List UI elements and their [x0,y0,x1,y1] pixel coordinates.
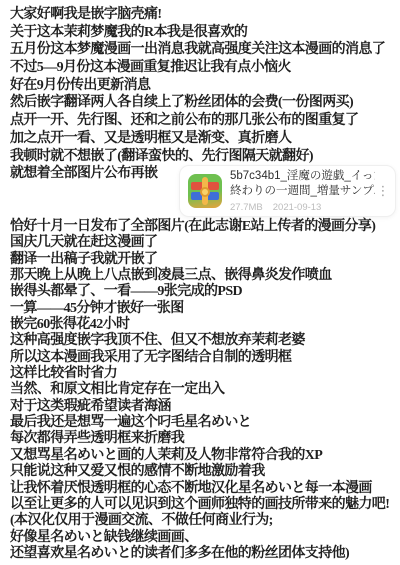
post-line: 恰好十月一日发布了全部图片(在此志谢E站上传者的漫画分享) [10,219,389,235]
archive-file-icon [188,174,222,208]
post-line: 当然、和原文相比肯定存在一定出入 [10,382,389,398]
attachment-info: 5b7c34b1_淫魔の遊戯_イったら 終わりの一週間_増量サンプル 27.7M… [230,169,375,213]
post-line: 让我怀着厌恨透明框的心态不断地汉化星名めいと每一本漫画 [10,481,389,497]
post-line: 好在9月份传出更新消息 [10,77,385,95]
post-line: 最后我还是想骂一遍这个叼毛星名めいと [10,415,389,431]
post-text-top: 大家好啊我是嵌字脑壳痛! 关于这本茉莉梦魔我的R本我是很喜欢的 五月份这本梦魔漫… [10,6,385,183]
post-line: 所以这本漫画我采用了无字图结合自制的透明框 [10,350,389,366]
post-line: 嵌得头都晕了、一看——9张完成的PSD [10,284,389,300]
post-line: 点开一开、先行图、还和之前公布的那几张公布的图重复了 [10,112,385,130]
post-line: (本汉化仅用于漫画交流、不做任何商业行为; [10,513,389,529]
attachment-date: 2021-09-13 [273,202,322,213]
attachment-filename-line1: 5b7c34b1_淫魔の遊戯_イったら [230,169,375,184]
post-line: 然后嵌字翻译两人各自续上了粉丝团体的会费(一份图两买) [10,94,385,112]
post-line: 不过5—9月份这本漫画重复推迟让我有点小恼火 [10,59,385,77]
post-text-bottom: 恰好十月一日发布了全部图片(在此志谢E站上传者的漫画分享) 国庆几天就在赶这漫画… [10,219,389,562]
attachment-meta: 27.7MB 2021-09-13 [230,202,375,213]
post-line: 以至让更多的人可以见识到这个画师独特的画技所带来的魅力吧! [10,497,389,513]
attachment-size: 27.7MB [230,202,263,213]
post-line: 好像星名めいと缺钱继续画画、 [10,530,389,546]
kebab-menu-icon[interactable]: ⋮ [375,185,391,198]
post-line: 又想骂星名めいと画的人茉莉及人物非常符合我的XP [10,448,389,464]
icon-zipper-pull [200,187,210,197]
post-line: 对于这类瑕疵希望读者海涵 [10,399,389,415]
post-line: 国庆几天就在赶这漫画了 [10,235,389,251]
post-line: 每次都得弄些透明框来折磨我 [10,431,389,447]
post-line: 这种高强度嵌字我顶不住、但又不想放弃茉莉老婆 [10,333,389,349]
post-line: 关于这本茉莉梦魔我的R本我是很喜欢的 [10,24,385,42]
post-line: 那天晚上从晚上八点嵌到凌晨三点、嵌得鼻炎发作喷血 [10,268,389,284]
post-line: 一算——45分钟才嵌好一张图 [10,301,389,317]
attachment-card[interactable]: 5b7c34b1_淫魔の遊戯_イったら 終わりの一週間_増量サンプル 27.7M… [179,165,396,217]
post-line: 还望喜欢星名めいと的读者们多多在他的粉丝团体支持他) [10,546,389,562]
post-line: 五月份这本梦魔漫画一出消息我就高强度关注这本漫画的消息了 [10,41,385,59]
post-line: 我顿时就不想嵌了(翻译蛮快的、先行图隔天就翻好) [10,148,385,166]
post-line: 这样比较省时省力 [10,366,389,382]
attachment-filename-line2: 終わりの一週間_増量サンプル [230,184,375,199]
post-line: 只能说这种又爱又恨的感情不断地激励着我 [10,464,389,480]
post-line: 翻译一出稿子我就开嵌了 [10,252,389,268]
post-line: 嵌完60张得花42小时 [10,317,389,333]
post-line: 加之点开一看、又是透明框又是渐变、真折磨人 [10,130,385,148]
post-line: 大家好啊我是嵌字脑壳痛! [10,6,385,24]
